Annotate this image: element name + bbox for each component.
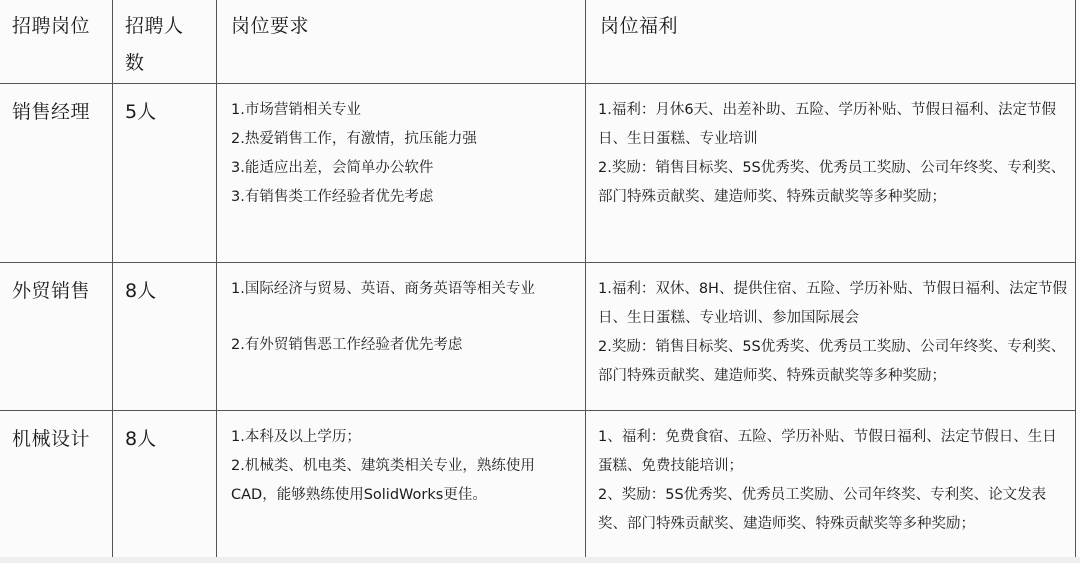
requirements-cell: 1.市场营销相关专业 2.热爱销售工作，有激情，抗压能力强 3.能适应出差，会简… <box>217 84 586 263</box>
position-cell: 销售经理 <box>0 84 113 263</box>
benefit-item: 2.奖励：销售目标奖、5S优秀奖、优秀员工奖励、公司年终奖、专利奖、部门特殊贡献… <box>598 333 1067 391</box>
header-requirements: 岗位要求 <box>217 0 586 84</box>
requirement-item: 2.有外贸销售恶工作经验者优先考虑 <box>231 331 579 360</box>
requirement-item: 1.市场营销相关专业 <box>231 96 579 125</box>
requirements-cell: 1.本科及以上学历； 2.机械类、机电类、建筑类相关专业，熟练使用CAD，能够熟… <box>217 411 586 563</box>
table-row: 销售经理 5人 1.市场营销相关专业 2.热爱销售工作，有激情，抗压能力强 3.… <box>0 84 1076 263</box>
benefit-item: 1.福利：月休6天、出差补助、五险、学历补贴、节假日福利、法定节假日、生日蛋糕、… <box>598 96 1067 154</box>
requirement-item: 2.机械类、机电类、建筑类相关专业，熟练使用CAD，能够熟练使用SolidWor… <box>231 452 579 510</box>
count-cell: 8人 <box>113 263 217 411</box>
benefit-item: 1.福利：双休、8H、提供住宿、五险、学历补贴、节假日福利、法定节假日、生日蛋糕… <box>598 275 1067 333</box>
recruitment-table: 招聘岗位 招聘人数 岗位要求 岗位福利 销售经理 5人 1.市场营销相关专业 2… <box>0 0 1076 563</box>
benefit-item: 1、福利：免费食宿、五险、学历补贴、节假日福利、法定节假日、生日蛋糕、免费技能培… <box>598 423 1067 481</box>
requirement-item: 3.能适应出差，会简单办公软件 <box>231 154 579 183</box>
requirements-cell: 1.国际经济与贸易、英语、商务英语等相关专业 2.有外贸销售恶工作经验者优先考虑 <box>217 263 586 411</box>
bottom-edge <box>0 557 1080 563</box>
position-cell: 外贸销售 <box>0 263 113 411</box>
header-count: 招聘人数 <box>113 0 217 84</box>
requirement-item: 2.热爱销售工作，有激情，抗压能力强 <box>231 125 579 154</box>
benefits-cell: 1.福利：月休6天、出差补助、五险、学历补贴、节假日福利、法定节假日、生日蛋糕、… <box>586 84 1076 263</box>
table-header-row: 招聘岗位 招聘人数 岗位要求 岗位福利 <box>0 0 1076 84</box>
table-row: 机械设计 8人 1.本科及以上学历； 2.机械类、机电类、建筑类相关专业，熟练使… <box>0 411 1076 563</box>
requirement-item: 3.有销售类工作经验者优先考虑 <box>231 183 579 212</box>
recruitment-document: 招聘岗位 招聘人数 岗位要求 岗位福利 销售经理 5人 1.市场营销相关专业 2… <box>0 0 1080 563</box>
count-cell: 8人 <box>113 411 217 563</box>
benefits-cell: 1、福利：免费食宿、五险、学历补贴、节假日福利、法定节假日、生日蛋糕、免费技能培… <box>586 411 1076 563</box>
requirement-item: 1.本科及以上学历； <box>231 423 579 452</box>
benefits-cell: 1.福利：双休、8H、提供住宿、五险、学历补贴、节假日福利、法定节假日、生日蛋糕… <box>586 263 1076 411</box>
header-position: 招聘岗位 <box>0 0 113 84</box>
table-row: 外贸销售 8人 1.国际经济与贸易、英语、商务英语等相关专业 2.有外贸销售恶工… <box>0 263 1076 411</box>
header-benefits: 岗位福利 <box>586 0 1076 84</box>
count-cell: 5人 <box>113 84 217 263</box>
position-cell: 机械设计 <box>0 411 113 563</box>
requirement-item: 1.国际经济与贸易、英语、商务英语等相关专业 <box>231 275 579 304</box>
benefit-item: 2、奖励：5S优秀奖、优秀员工奖励、公司年终奖、专利奖、论文发表奖、部门特殊贡献… <box>598 481 1067 539</box>
benefit-item: 2.奖励：销售目标奖、5S优秀奖、优秀员工奖励、公司年终奖、专利奖、部门特殊贡献… <box>598 154 1067 212</box>
